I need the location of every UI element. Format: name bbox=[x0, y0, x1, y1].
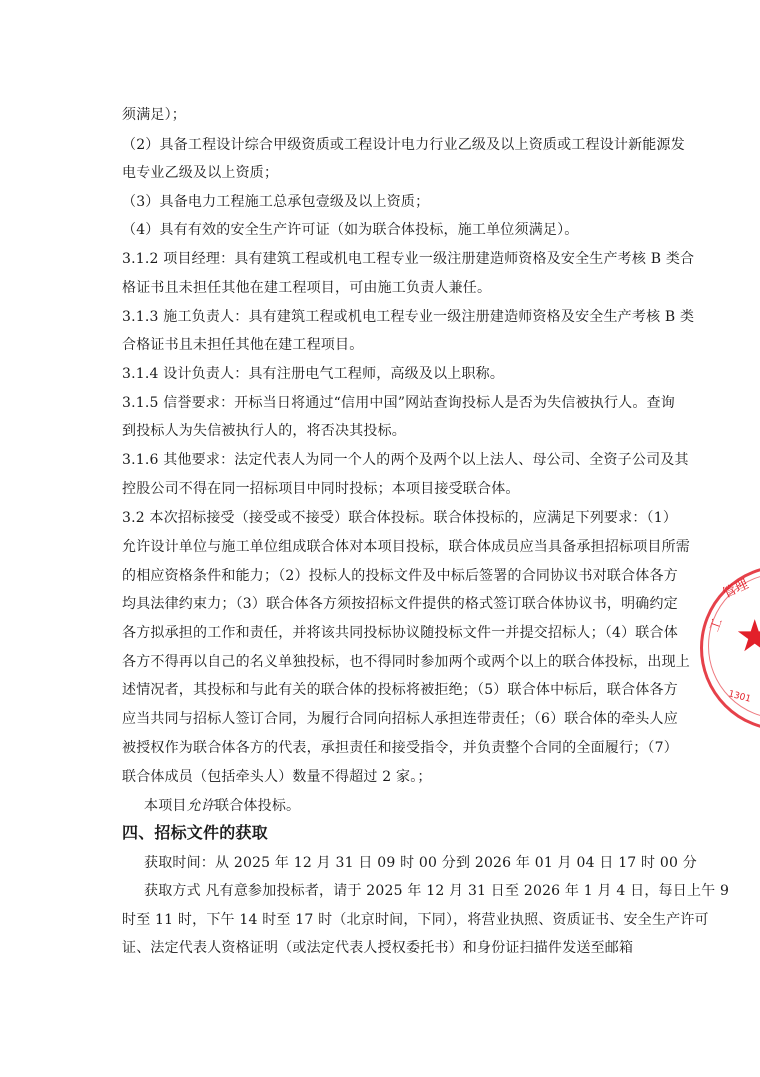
seal-star-icon: ★ bbox=[735, 615, 760, 659]
text-line: 3.1.4 设计负责人：具有注册电气工程师，高级及以上职称。 bbox=[122, 364, 504, 384]
allow-emphasis: 允许 bbox=[187, 798, 215, 814]
text-line: 控股公司不得在同一招标项目中同时投标；本项目接受联合体。 bbox=[122, 479, 520, 499]
text-line: （3）具备电力工程施工总承包壹级及以上资质； bbox=[122, 192, 429, 212]
text-line: 3.2 本次招标接受（接受或不接受）联合体投标。联合体投标的，应满足下列要求：（… bbox=[122, 508, 677, 528]
text-line: 均具法律约束力；（3）联合体各方须按招标文件提供的格式签订联合体协议书，明确约定 bbox=[122, 594, 678, 614]
text-line: 合格证书且未担任其他在建工程项目。 bbox=[122, 335, 363, 355]
text-line: 3.1.6 其他要求：法定代表人为同一个人的两个及两个以上法人、母公司、全资子公… bbox=[122, 450, 689, 470]
obtain-method-line: 时至 11 时，下午 14 时至 17 时（北京时间，下同），将营业执照、资质证… bbox=[122, 910, 709, 930]
allow-consortium-line: 本项目允许联合体投标。 bbox=[144, 796, 300, 816]
text-line: （2）具备工程设计综合甲级资质或工程设计电力行业乙级及以上资质或工程设计新能源发 bbox=[122, 135, 685, 155]
obtain-method-line: 获取方式 凡有意参加投标者，请于 2025 年 12 月 31 日至 2026 … bbox=[144, 881, 729, 901]
obtain-method-line: 证、法定代表人资格证明（或法定代表人授权委托书）和身份证扫描件发送至邮箱 bbox=[122, 938, 633, 958]
text-line: 各方不得再以自己的名义单独投标，也不得同时参加两个或两个以上的联合体投标，出现上 bbox=[122, 652, 690, 672]
text-line: 3.1.2 项目经理：具有建筑工程或机电工程专业一级注册建造师资格及安全生产考核… bbox=[122, 249, 694, 269]
text-line: 应当共同与招标人签订合同，为履行合同向招标人承担连带责任；（6）联合体的牵头人应 bbox=[122, 709, 678, 729]
obtain-time: 获取时间：从 2025 年 12 月 31 日 09 时 00 分到 2026 … bbox=[144, 853, 697, 873]
text-line: 允许设计单位与施工单位组成联合体对本项目投标，联合体成员应当具备承担招标项目所需 bbox=[122, 537, 690, 557]
text-line: 述情况者，其投标和与此有关的联合体的投标将被拒绝；（5）联合体中标后，联合体各方 bbox=[122, 680, 678, 700]
text-line: 3.1.3 施工负责人：具有建筑工程或机电工程专业一级注册建造师资格及安全生产考… bbox=[122, 307, 694, 327]
text-line: （4）具有有效的安全生产许可证（如为联合体投标，施工单位须满足）。 bbox=[122, 220, 579, 240]
section-heading: 四、招标文件的获取 bbox=[122, 823, 268, 843]
allow-prefix: 本项目 bbox=[144, 798, 187, 814]
text-line: 联合体成员（包括牵头人）数量不得超过 2 家。； bbox=[122, 767, 432, 787]
text-line: 电专业乙级及以上资质； bbox=[122, 163, 278, 183]
text-line: 被授权作为联合体各方的代表，承担责任和接受指令，并负责整个合同的全面履行；（7） bbox=[122, 738, 678, 758]
allow-suffix: 联合体投标。 bbox=[215, 798, 300, 814]
text-line: 的相应资格条件和能力；（2）投标人的投标文件及中标后签署的合同协议书对联合体各方 bbox=[122, 566, 678, 586]
text-line: 3.1.5 信誉要求：开标当日将通过“信用中国”网站查询投标人是否为失信被执行人… bbox=[122, 393, 675, 413]
document-page: 须满足）； （2）具备工程设计综合甲级资质或工程设计电力行业乙级及以上资质或工程… bbox=[0, 0, 760, 1077]
text-line: 到投标人为失信被执行人的，将否决其投标。 bbox=[122, 421, 406, 441]
text-line: 格证书且未担任其他在建工程项目，可由施工负责人兼任。 bbox=[122, 278, 491, 298]
text-line: 各方拟承担的工作和责任，并将该共同投标协议随投标文件一并提交招标人；（4）联合体 bbox=[122, 623, 678, 643]
text-line: 须满足）； bbox=[122, 105, 186, 125]
